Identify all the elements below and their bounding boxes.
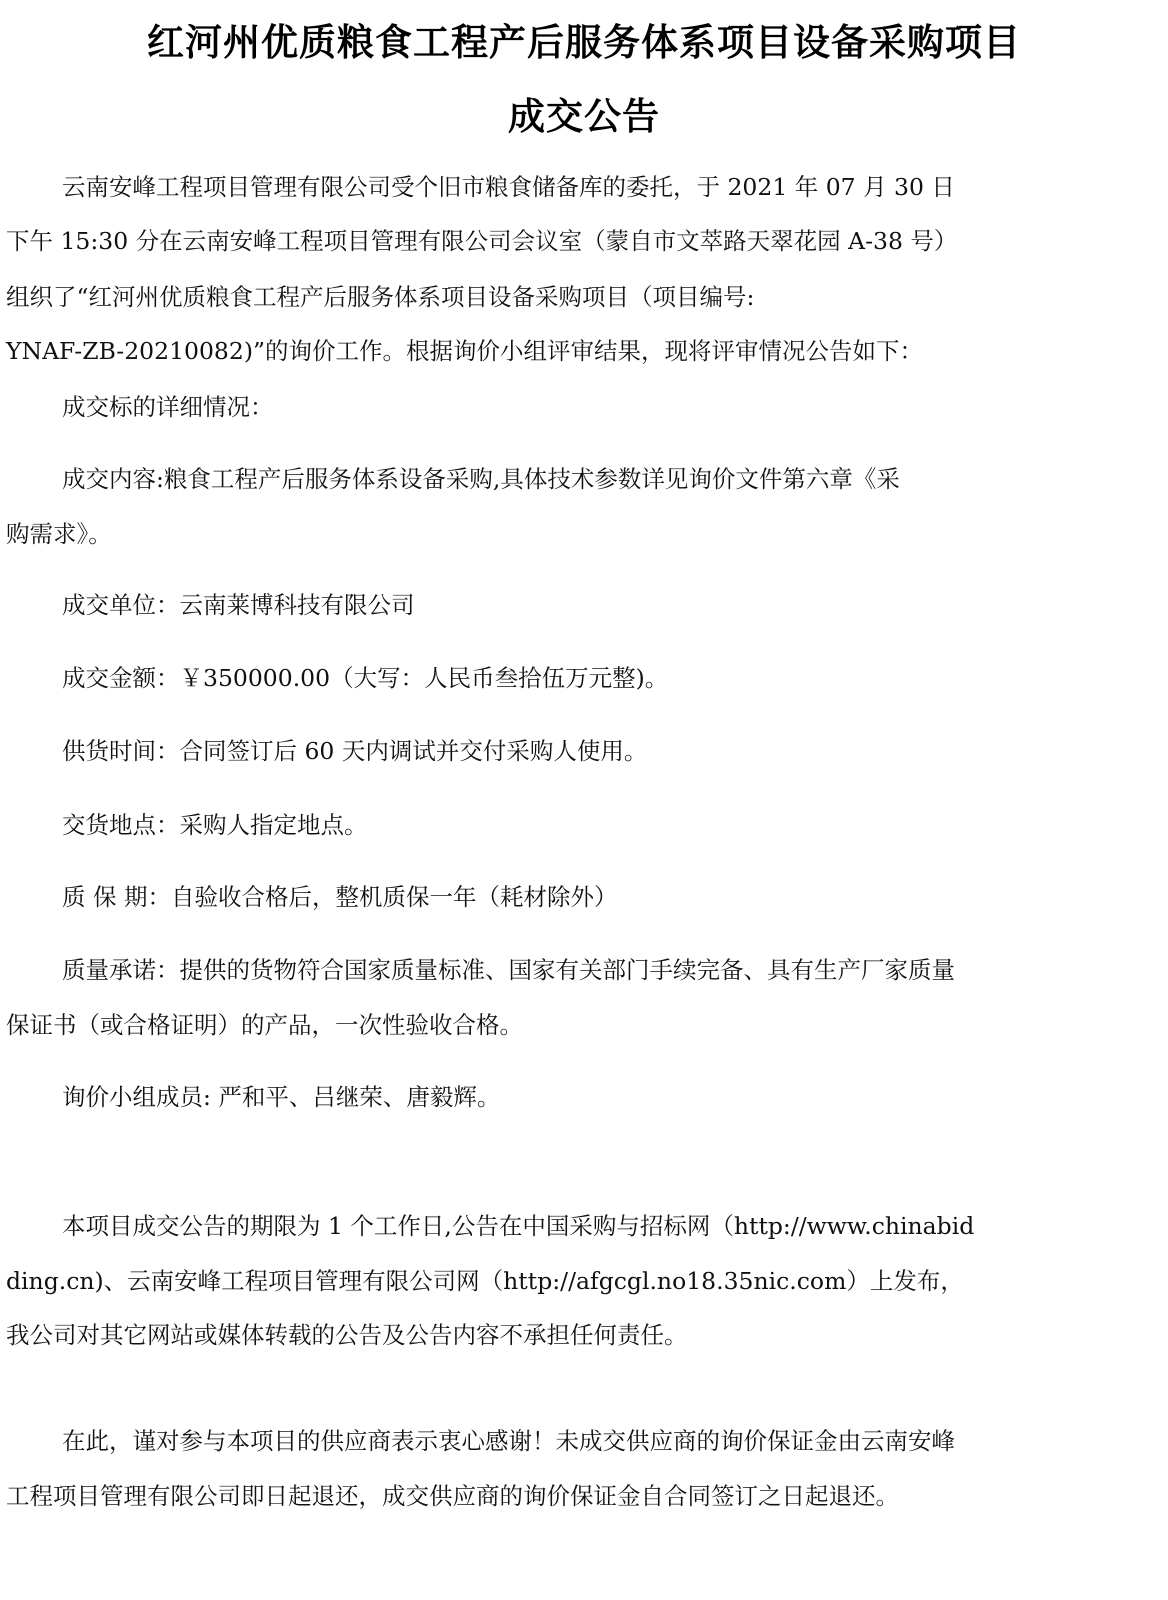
delivery-time-line: 供货时间：合同签订后 60 天内调试并交付采购人使用。: [62, 736, 647, 766]
intro-line-1: 云南安峰工程项目管理有限公司受个旧市粮食储备库的委托，于 2021 年 07 月…: [62, 172, 955, 202]
content-line-1: 成交内容:粮食工程产后服务体系设备采购,具体技术参数详见询价文件第六章《采: [62, 464, 900, 494]
publication-line-3: 我公司对其它网站或媒体转载的公告及公告内容不承担任何责任。: [6, 1320, 688, 1350]
document-title-line2: 成交公告: [0, 86, 1168, 140]
panel-members-line: 询价小组成员: 严和平、吕继荣、唐毅辉。: [62, 1082, 500, 1112]
thanks-line-2: 工程项目管理有限公司即日起退还，成交供应商的询价保证金自合同签订之日起退还。: [6, 1481, 899, 1511]
intro-line-3: 组织了“红河州优质粮食工程产后服务体系项目设备采购项目（项目编号:: [6, 282, 754, 312]
quality-line-1: 质量承诺：提供的货物符合国家质量标准、国家有关部门手续完备、具有生产厂家质量: [62, 955, 955, 985]
intro-line-4: YNAF-ZB-20210082)”的询价工作。根据询价小组评审结果，现将评审情…: [6, 336, 923, 366]
content-line-2: 购需求》。: [6, 519, 112, 549]
thanks-line-1: 在此，谨对参与本项目的供应商表示衷心感谢！未成交供应商的询价保证金由云南安峰: [62, 1426, 955, 1456]
publication-line-2: ding.cn)、云南安峰工程项目管理有限公司网（http://afgcgl.n…: [6, 1266, 964, 1296]
warranty-line: 质 保 期：自验收合格后，整机质保一年（耗材除外）: [62, 882, 617, 912]
delivery-place-line: 交货地点：采购人指定地点。: [62, 810, 368, 840]
document-title-line1: 红河州优质粮食工程产后服务体系项目设备采购项目: [0, 12, 1168, 66]
winner-line: 成交单位：云南莱博科技有限公司: [62, 590, 415, 620]
publication-line-1: 本项目成交公告的期限为 1 个工作日,公告在中国采购与招标网（http://ww…: [62, 1211, 974, 1241]
intro-line-2: 下午 15:30 分在云南安峰工程项目管理有限公司会议室（蒙自市文萃路天翠花园 …: [6, 226, 957, 256]
amount-line: 成交金额：￥350000.00（大写：人民币叁拾伍万元整)。: [62, 663, 668, 693]
details-heading: 成交标的详细情况：: [62, 392, 274, 422]
quality-line-2: 保证书（或合格证明）的产品，一次性验收合格。: [6, 1010, 523, 1040]
